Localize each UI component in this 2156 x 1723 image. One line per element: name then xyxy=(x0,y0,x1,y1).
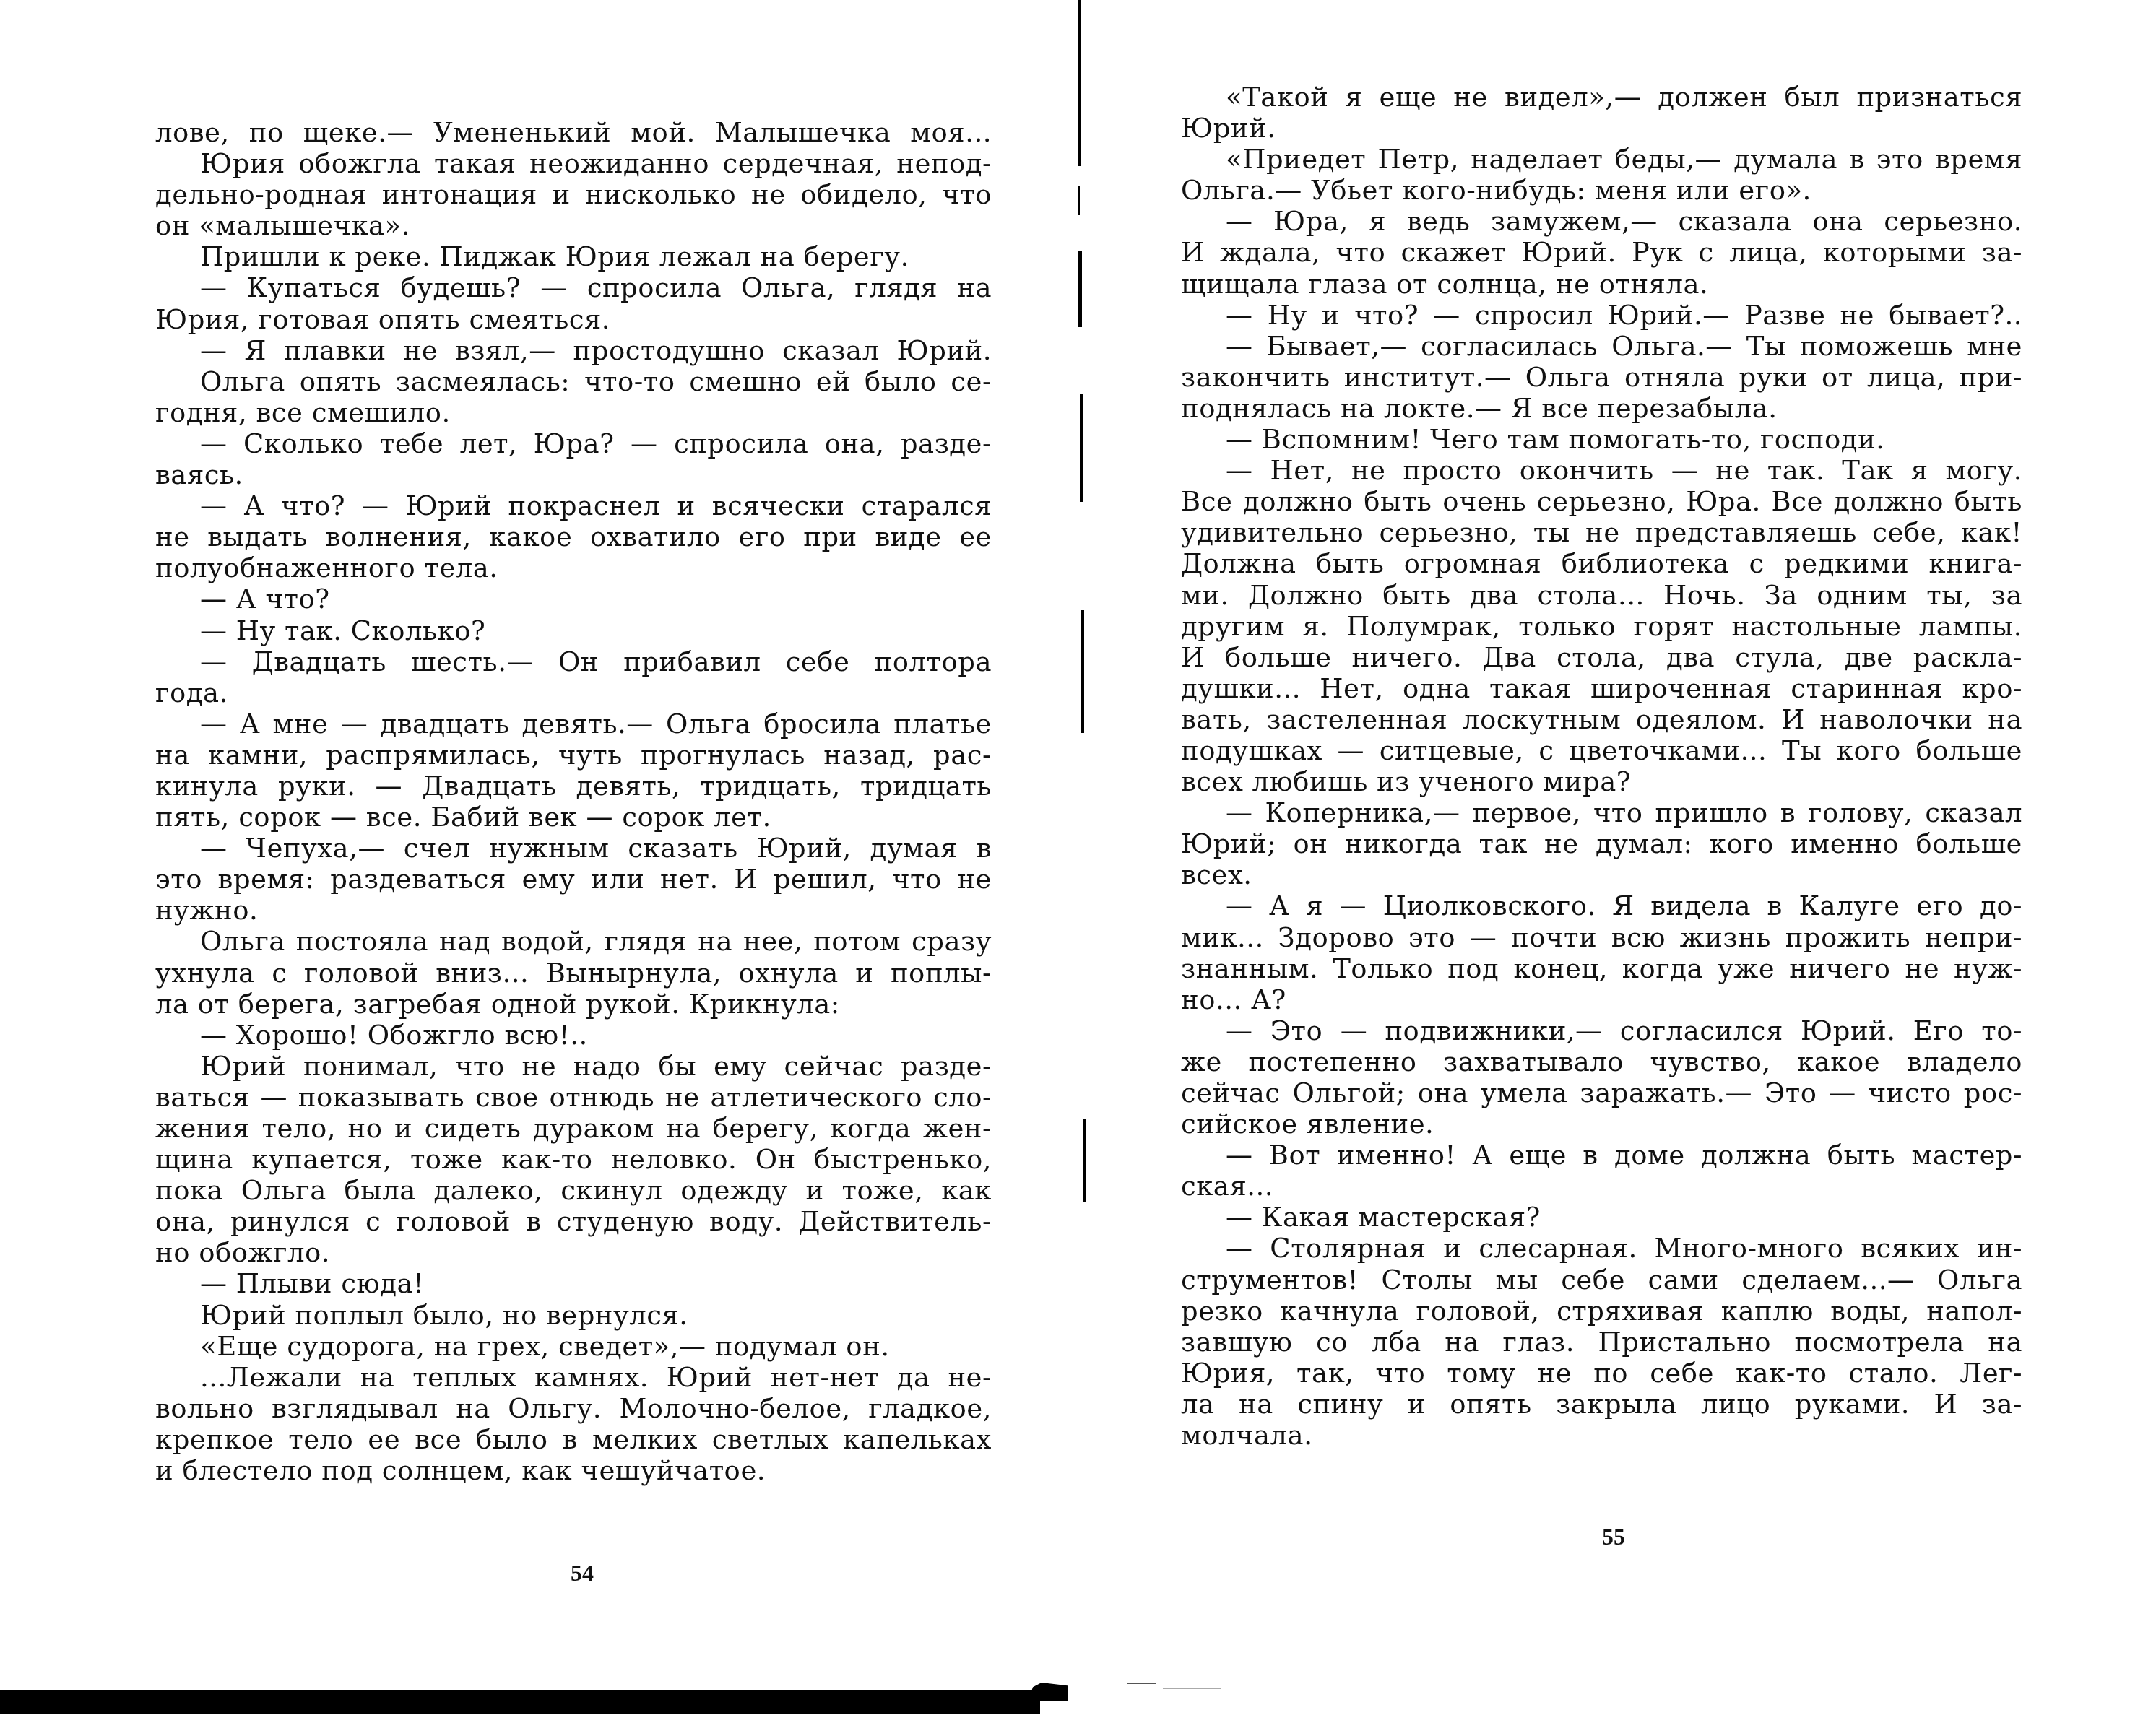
right-page-text-column: «Такой я еще не видел»,— должен был приз… xyxy=(1181,82,2022,1451)
left-page-text-line: Юрия, готовая опять смеяться. xyxy=(155,304,992,335)
gutter-shadow-line xyxy=(1081,610,1084,733)
left-page-text-line: он «малышечка». xyxy=(155,210,992,241)
left-page-text-line: кинула руки. — Двадцать девять, тридцать… xyxy=(155,771,992,802)
left-page-text-line: на камни, распрямилась, чуть прогнулась … xyxy=(155,739,992,771)
left-page-text-line: Пришли к реке. Пиджак Юрия лежал на бере… xyxy=(155,241,992,272)
right-page-text-line: — Нет, не просто окончить — не так. Так … xyxy=(1181,455,2022,486)
left-page-text-line: жения тело, но и сидеть дураком на берег… xyxy=(155,1113,992,1144)
left-page-text-line: — Плыви сюда! xyxy=(155,1268,992,1299)
left-page-text-line: Ольга опять засмеялась: что-то смешно ей… xyxy=(155,366,992,397)
right-page-text-line: — Это — подвижники,— согласился Юрий. Ег… xyxy=(1181,1015,2022,1046)
page-number-right: 55 xyxy=(1602,1524,1625,1550)
left-page-text-line: «Еще судорога, на грех, сведет»,— подума… xyxy=(155,1331,992,1362)
gutter-shadow-line xyxy=(1083,1119,1086,1202)
page-number-left: 54 xyxy=(571,1560,594,1587)
left-page-text-line: не выдать волнения, какое охватило его п… xyxy=(155,521,992,552)
left-page-text-line: — А мне — двадцать девять.— Ольга бросил… xyxy=(155,708,992,739)
left-page-text-line: она, ринулся с головой в студеную воду. … xyxy=(155,1206,992,1237)
right-page-text-line: струментов! Столы мы себе сами сделаем..… xyxy=(1181,1264,2022,1295)
right-page-text-line: И больше ничего. Два стола, два стула, д… xyxy=(1181,642,2022,673)
right-page-text-line: ла на спину и опять закрыла лицо руками.… xyxy=(1181,1389,2022,1420)
right-page-text-line: сейчас Ольгой; она умела заражать.— Это … xyxy=(1181,1077,2022,1108)
left-page-text-line: щина купается, тоже как-то неловко. Он б… xyxy=(155,1144,992,1175)
left-page-text-line: — Ну так. Сколько? xyxy=(155,615,992,646)
left-page-text-column: лове, по щеке.— Умененький мой. Малышечк… xyxy=(155,117,992,1486)
left-page-text-line: ла от берега, загребая одной рукой. Крик… xyxy=(155,989,992,1020)
right-page-text-line: Юрий; он никогда так не думал: кого имен… xyxy=(1181,828,2022,859)
left-page-text-line: — Двадцать шесть.— Он прибавил себе полт… xyxy=(155,646,992,677)
right-page-text-line: поднялась на локте.— Я все перезабыла. xyxy=(1181,393,2022,424)
left-page-text-line: полуобнаженного тела. xyxy=(155,552,992,583)
right-page-text-line: Все должно быть очень серьезно, Юра. Все… xyxy=(1181,486,2022,517)
right-page-text-line: щищала глаза от солнца, не отняла. xyxy=(1181,269,2022,300)
right-page: «Такой я еще не видел»,— должен был приз… xyxy=(1080,0,2156,1723)
right-page-text-line: Юрий. xyxy=(1181,113,2022,144)
gutter-shadow-line xyxy=(1078,251,1082,327)
right-page-text-line: вать, застеленная лоскутным одеялом. И н… xyxy=(1181,704,2022,735)
right-page-text-line: — Вспомним! Чего там помогать-то, господ… xyxy=(1181,424,2022,455)
left-page-text-line: Юрий понимал, что не надо бы ему сейчас … xyxy=(155,1051,992,1082)
left-page-text-line: Ольга постояла над водой, глядя на нее, … xyxy=(155,926,992,957)
left-page-text-line: — А что? — Юрий покраснел и всячески ста… xyxy=(155,490,992,521)
left-page-text-line: года. xyxy=(155,677,992,708)
right-page-text-line: душки... Нет, одна такая широченная стар… xyxy=(1181,673,2022,704)
scan-speck xyxy=(1127,1683,1156,1684)
right-page-text-line: молчала. xyxy=(1181,1420,2022,1451)
scan-edge-bar xyxy=(0,1690,1040,1714)
right-page-text-line: мик... Здорово это — почти всю жизнь про… xyxy=(1181,922,2022,953)
right-page-text-line: всех. xyxy=(1181,859,2022,890)
right-page-text-line: — Юра, я ведь замужем,— сказала она серь… xyxy=(1181,206,2022,237)
right-page-text-line: сийское явление. xyxy=(1181,1108,2022,1140)
left-page-text-line: — Чепуха,— счел нужным сказать Юрий, дум… xyxy=(155,833,992,864)
left-page-text-line: Юрий поплыл было, но вернулся. xyxy=(155,1300,992,1331)
right-page-text-line: подушках — ситцевые, с цветочками... Ты … xyxy=(1181,735,2022,766)
left-page-text-line: ухнула с головой вниз... Вынырнула, охну… xyxy=(155,958,992,989)
left-page-text-line: пока Ольга была далеко, скинул одежду и … xyxy=(155,1175,992,1206)
scan-speck xyxy=(1163,1688,1221,1689)
left-page-text-line: — Купаться будешь? — спросила Ольга, гля… xyxy=(155,272,992,303)
left-page-text-line: ...Лежали на теплых камнях. Юрий нет-нет… xyxy=(155,1362,992,1393)
left-page-text-line: это время: раздеваться ему или нет. И ре… xyxy=(155,864,992,895)
gutter-shadow-line xyxy=(1078,0,1081,166)
right-page-text-line: — Столярная и слесарная. Много-много вся… xyxy=(1181,1233,2022,1264)
right-page-text-line: «Такой я еще не видел»,— должен был приз… xyxy=(1181,82,2022,113)
gutter-shadow-line xyxy=(1080,394,1083,502)
right-page-text-line: закончить институт.— Ольга отняла руки о… xyxy=(1181,362,2022,393)
left-page-text-line: и блестело под солнцем, как чешуйчатое. xyxy=(155,1455,992,1486)
right-page-text-line: другим я. Полумрак, только горят настоль… xyxy=(1181,611,2022,642)
left-page-text-line: ваясь. xyxy=(155,459,992,490)
left-page-text-line: вольно взглядывал на Ольгу. Молочно-бело… xyxy=(155,1393,992,1424)
right-page-text-line: И ждала, что скажет Юрий. Рук с лица, ко… xyxy=(1181,237,2022,268)
right-page-text-line: завшую со лба на глаз. Пристально посмот… xyxy=(1181,1327,2022,1358)
right-page-text-line: — Коперника,— первое, что пришло в голов… xyxy=(1181,797,2022,828)
right-page-text-line: удивительно серьезно, ты не представляеш… xyxy=(1181,517,2022,548)
right-page-text-line: всех любишь из ученого мира? xyxy=(1181,766,2022,797)
right-page-text-line: Юрия, так, что тому не по себе как-то ст… xyxy=(1181,1358,2022,1389)
right-page-text-line: — Ну и что? — спросил Юрий.— Разве не бы… xyxy=(1181,300,2022,331)
right-page-text-line: ми. Должно быть два стола... Ночь. За од… xyxy=(1181,580,2022,611)
right-page-text-line: — Вот именно! А еще в доме должна быть м… xyxy=(1181,1140,2022,1171)
left-page-text-line: нужно. xyxy=(155,895,992,926)
left-page-text-line: дельно-родная интонация и нисколько не о… xyxy=(155,179,992,210)
right-page-text-line: знанным. Только под конец, когда уже нич… xyxy=(1181,953,2022,984)
right-page-text-line: Должна быть огромная библиотека с редким… xyxy=(1181,548,2022,579)
left-page-text-line: лове, по щеке.— Умененький мой. Малышечк… xyxy=(155,117,992,148)
left-page-text-line: — Сколько тебе лет, Юра? — спросила она,… xyxy=(155,428,992,459)
left-page: лове, по щеке.— Умененький мой. Малышечк… xyxy=(0,0,1080,1723)
right-page-text-line: — А я — Циолковского. Я видела в Калуге … xyxy=(1181,890,2022,921)
left-page-text-line: — Я плавки не взял,— простодушно сказал … xyxy=(155,335,992,366)
right-page-text-line: — Бывает,— согласилась Ольга.— Ты поможе… xyxy=(1181,331,2022,362)
left-page-text-line: но обожгло. xyxy=(155,1237,992,1268)
right-page-text-line: — Какая мастерская? xyxy=(1181,1202,2022,1233)
right-page-text-line: же постепенно захватывало чувство, какое… xyxy=(1181,1046,2022,1077)
left-page-text-line: крепкое тело ее все было в мелких светлы… xyxy=(155,1424,992,1455)
left-page-text-line: — А что? xyxy=(155,583,992,615)
right-page-text-line: ская... xyxy=(1181,1171,2022,1202)
left-page-text-line: — Хорошо! Обожгло всю!.. xyxy=(155,1020,992,1051)
gutter-shadow-line xyxy=(1078,186,1080,215)
right-page-text-line: «Приедет Петр, наделает беды,— думала в … xyxy=(1181,144,2022,175)
left-page-text-line: ваться — показывать свое отнюдь не атлет… xyxy=(155,1082,992,1113)
right-page-text-line: резко качнула головой, стряхивая каплю в… xyxy=(1181,1295,2022,1327)
right-page-text-line: но... А? xyxy=(1181,984,2022,1015)
right-page-text-line: Ольга.— Убьет кого-нибудь: меня или его»… xyxy=(1181,175,2022,206)
left-page-text-line: Юрия обожгла такая неожиданно сердечная,… xyxy=(155,148,992,179)
left-page-text-line: годня, все смешило. xyxy=(155,397,992,428)
left-page-text-line: пять, сорок — все. Бабий век — сорок лет… xyxy=(155,802,992,833)
